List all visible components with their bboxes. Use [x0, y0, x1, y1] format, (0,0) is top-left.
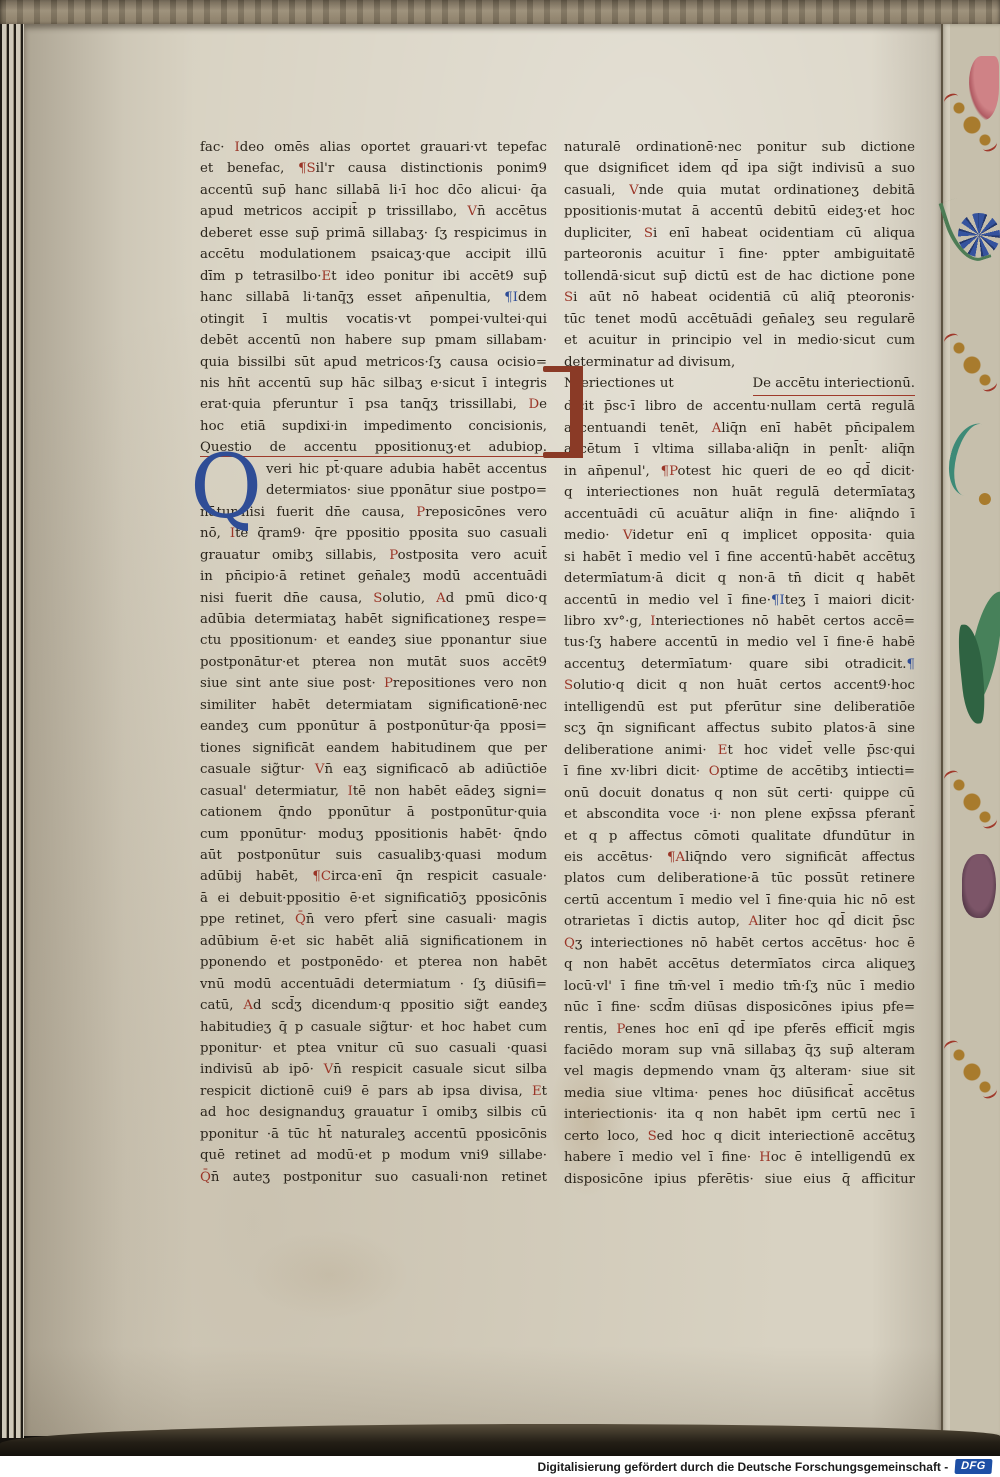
text-line: cum pponūtur· moduʒ ppositionis habēt· q…: [200, 824, 547, 845]
text-line: intelligendū est put pferūtur sine delib…: [564, 697, 915, 718]
text-line: medio· Videtur enī q implicet opposita· …: [564, 525, 915, 546]
manuscript-scan: fac· Ideo omēs alias oportet grauari·vt …: [0, 0, 1000, 1477]
text-line: accentū in medio vel ī fine·¶Iteʒ ī maio…: [564, 590, 915, 611]
digitization-footer: Digitalisierung gefördert durch die Deut…: [0, 1456, 1000, 1477]
text-line: siue sint ante siue post· Prepositiones …: [200, 673, 547, 694]
footer-credit-text: Digitalisierung gefördert durch die Deut…: [538, 1460, 949, 1474]
text-line: Qʒ interiectiones nō habēt certos accētu…: [564, 933, 915, 954]
text-line: respicit dictionē cui9 ē pars ab ipsa di…: [200, 1081, 547, 1102]
text-line: habere ī medio vel ī fine· Hoc ē intelli…: [564, 1147, 915, 1168]
gold-dots-ornament: [948, 93, 994, 149]
text-line: pponitur ·ā tūc ht̄ naturaleʒ accentū pp…: [200, 1124, 547, 1145]
text-line: naturalē ordinationē·nec ponitur sub dic…: [564, 137, 915, 158]
text-line: accētum ī vltima sillaba·aliq̄n in penl̄…: [564, 439, 915, 460]
text-line: accētu modulationem psaicaʒ·que accipit …: [200, 244, 547, 265]
text-line: accentū sup̄ hanc sillabā li·ī hoc dc̄o …: [200, 180, 547, 201]
text-line: pponendo et postponēdo· et pterea non ha…: [200, 952, 547, 973]
text-line: dicit p̄sc·ī libro de accentu·nullam cer…: [564, 396, 915, 417]
text-line: accentuādi cū acuātur aliq̄n in fine· al…: [564, 504, 915, 525]
text-line: adūbium ē·et sic habēt aliā significatio…: [200, 931, 547, 952]
left-text-column: fac· Ideo omēs alias oportet grauari·vt …: [200, 137, 547, 1188]
text-line: indivisū ab ipō· Vn̄ respicit casuale si…: [200, 1059, 547, 1080]
text-line: adūbij habēt, ¶Circa·enī q̄n respicit ca…: [200, 866, 547, 887]
text-line: libro xv°·g, Interiectiones nō habēt cer…: [564, 611, 915, 632]
text-line: adūbia determiataʒ habēt significationeʒ…: [200, 609, 547, 630]
text-line: onū docuit donatus q non sūt certi· quip…: [564, 783, 915, 804]
text-line: q non habēt accētus determīatos circa al…: [564, 954, 915, 975]
drop-cap-i: [570, 366, 583, 458]
text-line: habitudieʒ q̄ p casuale sig̃tur· et hoc …: [200, 1017, 547, 1038]
text-line: et q p affectus cōmoti qualitate dfundūt…: [564, 826, 915, 847]
text-line: in pn̄cipio·ā retinet gen̄aleʒ modū acce…: [200, 566, 547, 587]
page-edge-stack: [0, 24, 24, 1438]
text-line: grauatur omibʒ sillabis, Postposita vero…: [200, 545, 547, 566]
text-line: tiones significāt eandem habitudinem que…: [200, 738, 547, 759]
text-line: pponitur· et ptea vnitur cū suo casuali …: [200, 1038, 547, 1059]
text-line: in an̄penul', ¶Potest hic queri de eo qd…: [564, 461, 915, 482]
text-line: et acuitur in principio vel in medio·sic…: [564, 330, 915, 351]
text-line: et abscondita voce ·i· non plene exp̄ssa…: [564, 804, 915, 825]
text-line: locū·vl' ī fine tm̄·vel ī medio tm̄·ſʒ n…: [564, 976, 915, 997]
right-text-column: naturalē ordinationē·nec ponitur sub dic…: [564, 137, 915, 1190]
text-line: hanc sillabā li·tanq̄ʒ esset an̄penultia…: [200, 287, 547, 308]
text-line: determīatum·ā dicit q non·ā tn̄ dicit q …: [564, 568, 915, 589]
text-line: tūc tenet modū accētuādi gen̄aleʒ seu re…: [564, 309, 915, 330]
text-line: si habēt ī medio vel ī fine accentū·habē…: [564, 547, 915, 568]
text-line: otingit ī multis vocatis·vt pompei·vulte…: [200, 309, 547, 330]
text-line: Si aūt nō habeat ocidentiā cū aliq̄ pteo…: [564, 287, 915, 308]
dfg-logo: DFG: [955, 1459, 993, 1474]
text-line: Solutio·q dicit q non huāt certos accent…: [564, 675, 915, 696]
text-line: certū accentum ī medio vel ī fine·quia h…: [564, 890, 915, 911]
text-line: fac· Ideo omēs alias oportet grauari·vt …: [200, 137, 547, 158]
text-line: platos cum deliberatione·ā tūc possūt re…: [564, 868, 915, 889]
purple-bud-ornament: [962, 854, 996, 918]
facing-page-margin: [941, 24, 1000, 1436]
text-line: tollendā·sicut sup̄ dictū est de hac dic…: [564, 266, 915, 287]
text-line: determinatur ad divisum,: [564, 352, 915, 373]
gold-dots-ornament: [948, 770, 994, 826]
text-line: tus·ſʒ habere accentū in medio vel ī fin…: [564, 632, 915, 653]
text-line: parteoronis acuitur ī fine· ppter ambigu…: [564, 244, 915, 265]
text-line: vel magis depmendo vnam q̄ʒ alteram· siu…: [564, 1061, 915, 1082]
text-line: Q̄n̄ auteʒ postponitur suo casuali·non r…: [200, 1167, 547, 1188]
text-line: disposicōne ipius pferētis· siue eius q̄…: [564, 1169, 915, 1190]
text-line: ā ei debuit·ppositio ē·et significatiōʒ …: [200, 888, 547, 909]
text-line: dupliciter, Si enī habeat ocidentiam cū …: [564, 223, 915, 244]
text-line: ppe retinet, Q̄n̄ vero pfert̄ sine casua…: [200, 909, 547, 930]
text-line: interiectionis· ita q non habēt ipm cert…: [564, 1104, 915, 1125]
text-line: faciēdo moram sup vnā sillabaʒ q̄ʒ sup̄ …: [564, 1040, 915, 1061]
text-line: accentuʒ determīatum· quare sibi otradic…: [564, 654, 915, 675]
text-line: cationem q̄ndo pponūtur ā postponūtur·qu…: [200, 802, 547, 823]
text-line: nūc ī fine· scd̄m diūsas disposicōnes ip…: [564, 997, 915, 1018]
text-line: certo loco, Sed hoc q dicit interiection…: [564, 1126, 915, 1147]
text-line: ppositionis·mutat ā accentū debitū eideʒ…: [564, 201, 915, 222]
text-line: scʒ q̄n significant affectus subito plat…: [564, 718, 915, 739]
text-line: dīm p tetrasilbo·Et ideo ponitur ibi acc…: [200, 266, 547, 287]
drop-cap-q: Q: [190, 443, 262, 531]
text-line: similiter habēt determiatam significatio…: [200, 695, 547, 716]
text-line: casual' determiatur, Itē non habēt eādeʒ…: [200, 781, 547, 802]
text-line: ī fine xv·libri dicit· Optime de accētib…: [564, 761, 915, 782]
gold-dots-ornament: [948, 333, 994, 389]
text-line: q interiectiones non huāt regulā determī…: [564, 482, 915, 503]
gold-dots-ornament: [948, 1040, 994, 1096]
text-line: postponātur·et pterea non mutāt suos acc…: [200, 652, 547, 673]
text-line: deliberatione animi· Et hoc videt̄ velle…: [564, 740, 915, 761]
text-line: aūt postponūtur suis casualibʒ·quasi mod…: [200, 845, 547, 866]
teal-scroll-ornament: [942, 419, 1000, 502]
text-line: erat·quia pferuntur ī psa tanq̄ʒ trissil…: [200, 394, 547, 415]
text-line: vnū modū accentuādi determiatum · ſʒ diū…: [200, 974, 547, 995]
text-line: eis accētus· ¶Aliq̄ndo vero significāt a…: [564, 847, 915, 868]
text-line: otrarietas ī dictis autop, Aliter hoc qd…: [564, 911, 915, 932]
text-line: nisi fuerit dn̄e causa, Solutio, Ad pmū …: [200, 588, 547, 609]
text-line: Nteriectiones utDe accētu interiectionū.: [564, 373, 915, 396]
text-line: que dsignificet idem qd̄ ipa sig̃t indiv…: [564, 158, 915, 179]
text-line: ad hoc designanduʒ grauatur ī omibʒ silb…: [200, 1102, 547, 1123]
text-line: ctu ppositionum· et eandeʒ siue pponantu…: [200, 630, 547, 651]
text-line: nis hn̄t accentū sup hāc silbaʒ e·sicut …: [200, 373, 547, 394]
text-line: casuale sig̃tur· Vn̄ eaʒ significacō ab …: [200, 759, 547, 780]
text-line: eandeʒ cum pponūtur ā postponūtur·q̄a pp…: [200, 716, 547, 737]
text-line: quia bissilbi sūt apud metricos·ſʒ causa…: [200, 352, 547, 373]
text-line: apud metricos accipit̄ p trissillabo, Vn…: [200, 201, 547, 222]
text-line: et benefac, ¶Sil'r causa distinctionis p…: [200, 158, 547, 179]
text-line: quē retinet ad modū·et p modum vni9 sill…: [200, 1145, 547, 1166]
text-line: casuali, Vnde quia mutat ordinationeʒ de…: [564, 180, 915, 201]
text-line: media siue vltima· penes hoc diūsificat̄…: [564, 1083, 915, 1104]
text-line: catū, Ad scd̄ʒ dicendum·q ppositio sig̃t…: [200, 995, 547, 1016]
cornflower-ornament: [946, 193, 1000, 281]
text-line: rentis, Penes hoc enī qd̄ ipe pferēs eff…: [564, 1019, 915, 1040]
leaf-spray-ornament: [948, 590, 1000, 740]
text-line: debēt accentū non habere sup pmam sillab…: [200, 330, 547, 351]
text-line: accentuandi tenēt, Aliq̄n enī habēt pn̄c…: [564, 418, 915, 439]
text-line: deberet esse sup̄ primā sillabaʒ· ſʒ res…: [200, 223, 547, 244]
